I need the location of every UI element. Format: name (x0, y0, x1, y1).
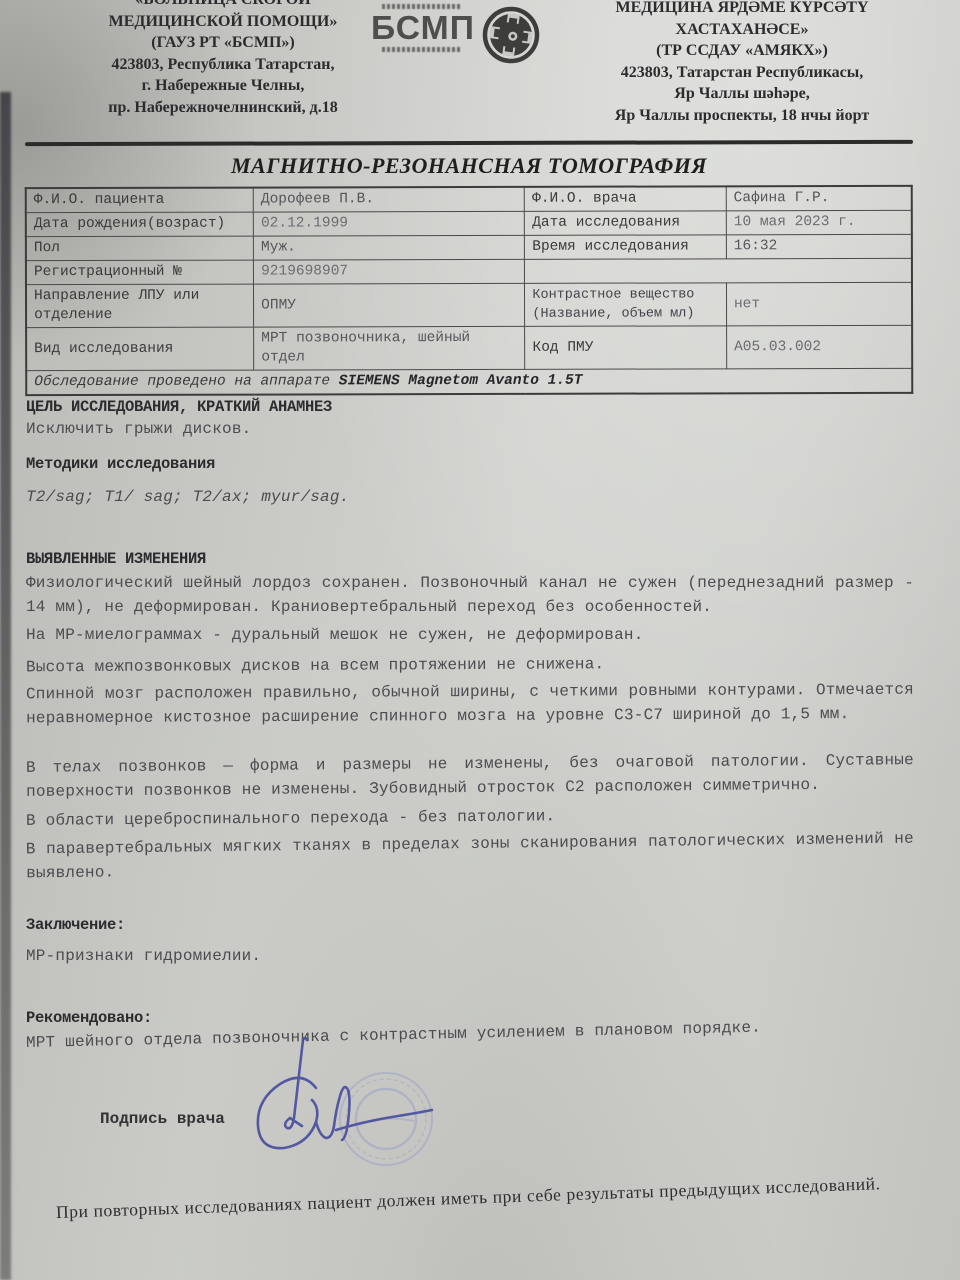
field-value: нет (726, 282, 912, 325)
header-line: пр. Набережночелнинский, д.18 (78, 97, 368, 119)
logo-text: БСМП (371, 11, 473, 45)
hospital-name-russian: «БОЛЬНИЦА СКОРОЙ МЕДИЦИНСКОЙ ПОМОЩИ» (ГА… (78, 0, 368, 118)
findings-heading: ВЫЯВЛЕННЫЕ ИЗМЕНЕНИЯ (26, 547, 914, 571)
findings-paragraph: В телах позвонков — форма и размеры не и… (26, 748, 914, 804)
header-line: МЕДИЦИНА ЯРДӘМЕ КҮРСӘТҮ (556, 0, 928, 19)
footer-note: При повторных исследованиях пациент долж… (56, 1171, 936, 1223)
field-value: Дорофеев П.В. (253, 187, 524, 212)
field-value: Сафина Г.Р. (726, 186, 912, 211)
hospital-name-tatar: МЕДИЦИНА ЯРДӘМЕ КҮРСӘТҮ ХАСТАХАНӘСЕ» (ТР… (556, 0, 928, 126)
field-value: 9219698907 (254, 259, 525, 284)
field-label: Направление ЛПУ или отделение (26, 284, 254, 328)
conclusion-text: МР-признаки гидромиелии. (26, 944, 914, 968)
doctor-signature (232, 1018, 452, 1188)
field-value: A05.03.002 (726, 325, 912, 368)
field-label: Время исследования (525, 235, 727, 260)
patient-info-table: Ф.И.О. пациента Дорофеев П.В. Ф.И.О. вра… (25, 185, 914, 396)
header-line: «БОЛЬНИЦА СКОРОЙ (78, 0, 368, 11)
field-label: Регистрационный № (26, 260, 254, 285)
header-line: ХАСТАХАНӘСЕ» (556, 19, 928, 41)
photo-edge-shadow (0, 92, 11, 1280)
field-value: ОПМУ (254, 283, 525, 327)
conclusion-heading: Заключение: (26, 913, 914, 937)
table-row: Регистрационный № 9219698907 (26, 258, 912, 284)
findings-paragraph: В паравертебральных мягких тканях в пред… (26, 827, 915, 886)
header-line: Яр Чаллы шәһәре, (556, 83, 928, 105)
header-line: (ГАУЗ РТ «БСМП») (78, 32, 368, 54)
findings-paragraph: Спинной мозг расположен правильно, обычн… (26, 678, 914, 731)
findings-paragraph: На МР-миелограммах - дуральный мешок не … (26, 623, 914, 647)
equipment-prefix: Обследование проведено на аппарате (34, 373, 339, 390)
purpose-text: Исключить грыжи дисков. (26, 417, 914, 441)
table-row: Пол Муж. Время исследования 16:32 (26, 234, 912, 260)
field-value: Муж. (253, 235, 524, 260)
field-value: 10 мая 2023 г. (726, 210, 912, 234)
field-label: Контрастное вещество (Название, объем мл… (525, 283, 727, 327)
table-row: Направление ЛПУ или отделение ОПМУ Контр… (26, 282, 912, 327)
header-line: 423803, Татарстан Республикасы, (556, 62, 928, 84)
header-line: МЕДИЦИНСКОЙ ПОМОЩИ» (78, 11, 368, 33)
field-label: Дата исследования (525, 211, 727, 236)
field-value: МРТ позвоночника, шейный отдел (254, 326, 525, 370)
equipment-name: SIEMENS Magnetom Avanto 1.5T (339, 373, 583, 390)
field-label: Код ПМУ (525, 326, 727, 370)
field-label: Вид исследования (26, 327, 254, 371)
mri-report-document: «БОЛЬНИЦА СКОРОЙ МЕДИЦИНСКОЙ ПОМОЩИ» (ГА… (0, 0, 960, 1280)
hospital-cross-emblem-icon (482, 6, 540, 69)
field-value: 02.12.1999 (253, 211, 524, 236)
table-row: Вид исследования МРТ позвоночника, шейны… (26, 325, 912, 370)
field-label: Ф.И.О. врача (525, 186, 727, 211)
header-line: 423803, Республика Татарстан, (78, 54, 368, 76)
equipment-row: Обследование проведено на аппарате SIEME… (26, 368, 912, 395)
document-title: МАГНИТНО-РЕЗОНАНСНАЯ ТОМОГРАФИЯ (25, 153, 913, 179)
table-row: Дата рождения(возраст) 02.12.1999 Дата и… (26, 210, 912, 236)
findings-paragraph: Высота межпозвонковых дисков на всем про… (26, 651, 914, 680)
methods-text: T2/sag; T1/ sag; T2/ax; myur/sag. (26, 485, 914, 509)
field-value: 16:32 (726, 234, 912, 258)
purpose-heading: ЦЕЛЬ ИССЛЕДОВАНИЯ, КРАТКИЙ АНАМНЕЗ (26, 395, 914, 419)
header-line: г. Набережные Челны, (78, 75, 368, 97)
header-divider (25, 140, 913, 146)
header-line: Яр Чаллы проспекты, 18 нчы йорт (556, 105, 928, 127)
bsmp-logo: БСМП (372, 4, 472, 54)
findings-paragraph: Физиологический шейный лордоз сохранен. … (26, 571, 914, 619)
table-row: Ф.И.О. пациента Дорофеев П.В. Ф.И.О. вра… (26, 186, 912, 213)
field-label: Пол (26, 236, 254, 261)
field-label: Дата рождения(возраст) (26, 212, 254, 237)
field-label: Ф.И.О. пациента (26, 188, 254, 213)
empty-cell (525, 258, 912, 283)
header-line: (ТР ССДАУ «АМЯКХ») (556, 40, 928, 62)
signature-label: Подпись врача (100, 1110, 225, 1128)
methods-heading: Методики исследования (26, 452, 914, 476)
logo-caption-bottom (382, 47, 462, 52)
equipment-cell: Обследование проведено на аппарате SIEME… (26, 368, 912, 395)
